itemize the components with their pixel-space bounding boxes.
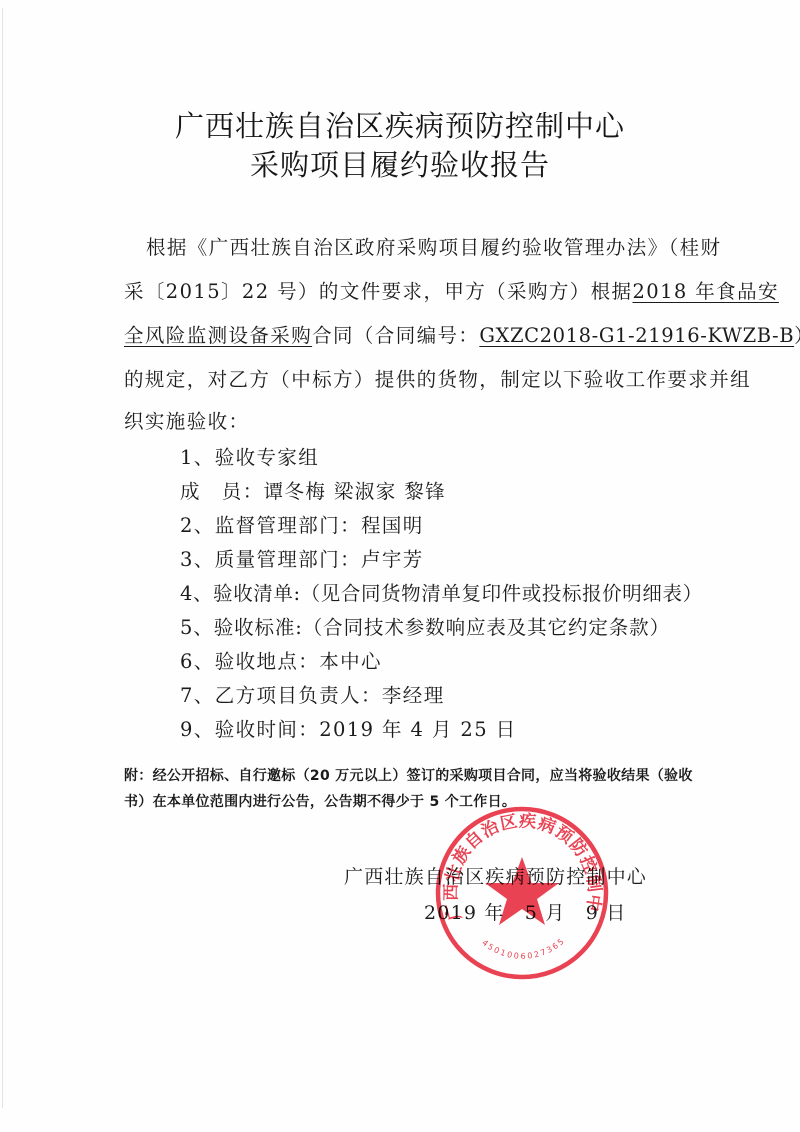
item-expert-group: 1、验收专家组 bbox=[180, 442, 319, 470]
document-title-report: 采购项目履约验收报告 bbox=[0, 143, 800, 184]
contract-label: 合同（合同编号： bbox=[312, 324, 479, 347]
official-seal-icon: 广西壮族自治区疾病预防控制中心 4501006027365 bbox=[434, 805, 610, 981]
note-line-1: 附：经公开招标、自行邀标（20 万元以上）签订的采购项目合同，应当将验收结果（验… bbox=[124, 765, 693, 785]
document-page: 广西壮族自治区疾病预防控制中心 采购项目履约验收报告 根据《广西壮族自治区政府采… bbox=[0, 0, 800, 1132]
svg-text:4501006027365: 4501006027365 bbox=[480, 936, 567, 961]
item-quality-dept: 3、质量管理部门：卢宇芳 bbox=[180, 544, 424, 572]
item-acceptance-list: 4、验收清单:（见合同货物清单复印件或投标报价明细表） bbox=[180, 578, 703, 606]
intro-line-5: 织实施验收： bbox=[124, 406, 249, 434]
seal-star-icon bbox=[485, 857, 559, 925]
document-title-organization: 广西壮族自治区疾病预防控制中心 bbox=[0, 104, 800, 145]
intro-line-2-text: 采〔2015〕22 号）的文件要求，甲方（采购方）根据 bbox=[124, 280, 632, 303]
item-members: 成 员：谭冬梅 梁淑家 黎锋 bbox=[180, 476, 446, 504]
item-supplier-manager: 7、乙方项目负责人：李经理 bbox=[180, 680, 445, 708]
intro-line-2: 采〔2015〕22 号）的文件要求，甲方（采购方）根据2018 年食品安 bbox=[124, 276, 779, 304]
intro-line-3: 全风险监测设备采购合同（合同编号：GXZC2018-G1-21916-KWZB-… bbox=[124, 320, 800, 348]
item-acceptance-standard: 5、验收标准:（合同技术参数响应表及其它约定条款） bbox=[180, 612, 670, 640]
project-name-part1: 2018 年食品安 bbox=[632, 280, 778, 303]
contract-number: GXZC2018-G1-21916-KWZB-B bbox=[479, 324, 794, 347]
intro-line-4: 的规定，对乙方（中标方）提供的货物，制定以下验收工作要求并组 bbox=[124, 364, 751, 392]
item-acceptance-location: 6、验收地点：本中心 bbox=[180, 646, 382, 674]
project-name-part2: 全风险监测设备采购 bbox=[124, 324, 312, 347]
intro-line-1: 根据《广西壮族自治区政府采购项目履约验收管理办法》（桂财 bbox=[146, 232, 721, 260]
contract-close-paren: ） bbox=[794, 324, 800, 347]
item-supervision-dept: 2、监督管理部门：程国明 bbox=[180, 510, 424, 538]
item-acceptance-date: 9、验收时间：2019 年 4 月 25 日 bbox=[180, 714, 517, 742]
